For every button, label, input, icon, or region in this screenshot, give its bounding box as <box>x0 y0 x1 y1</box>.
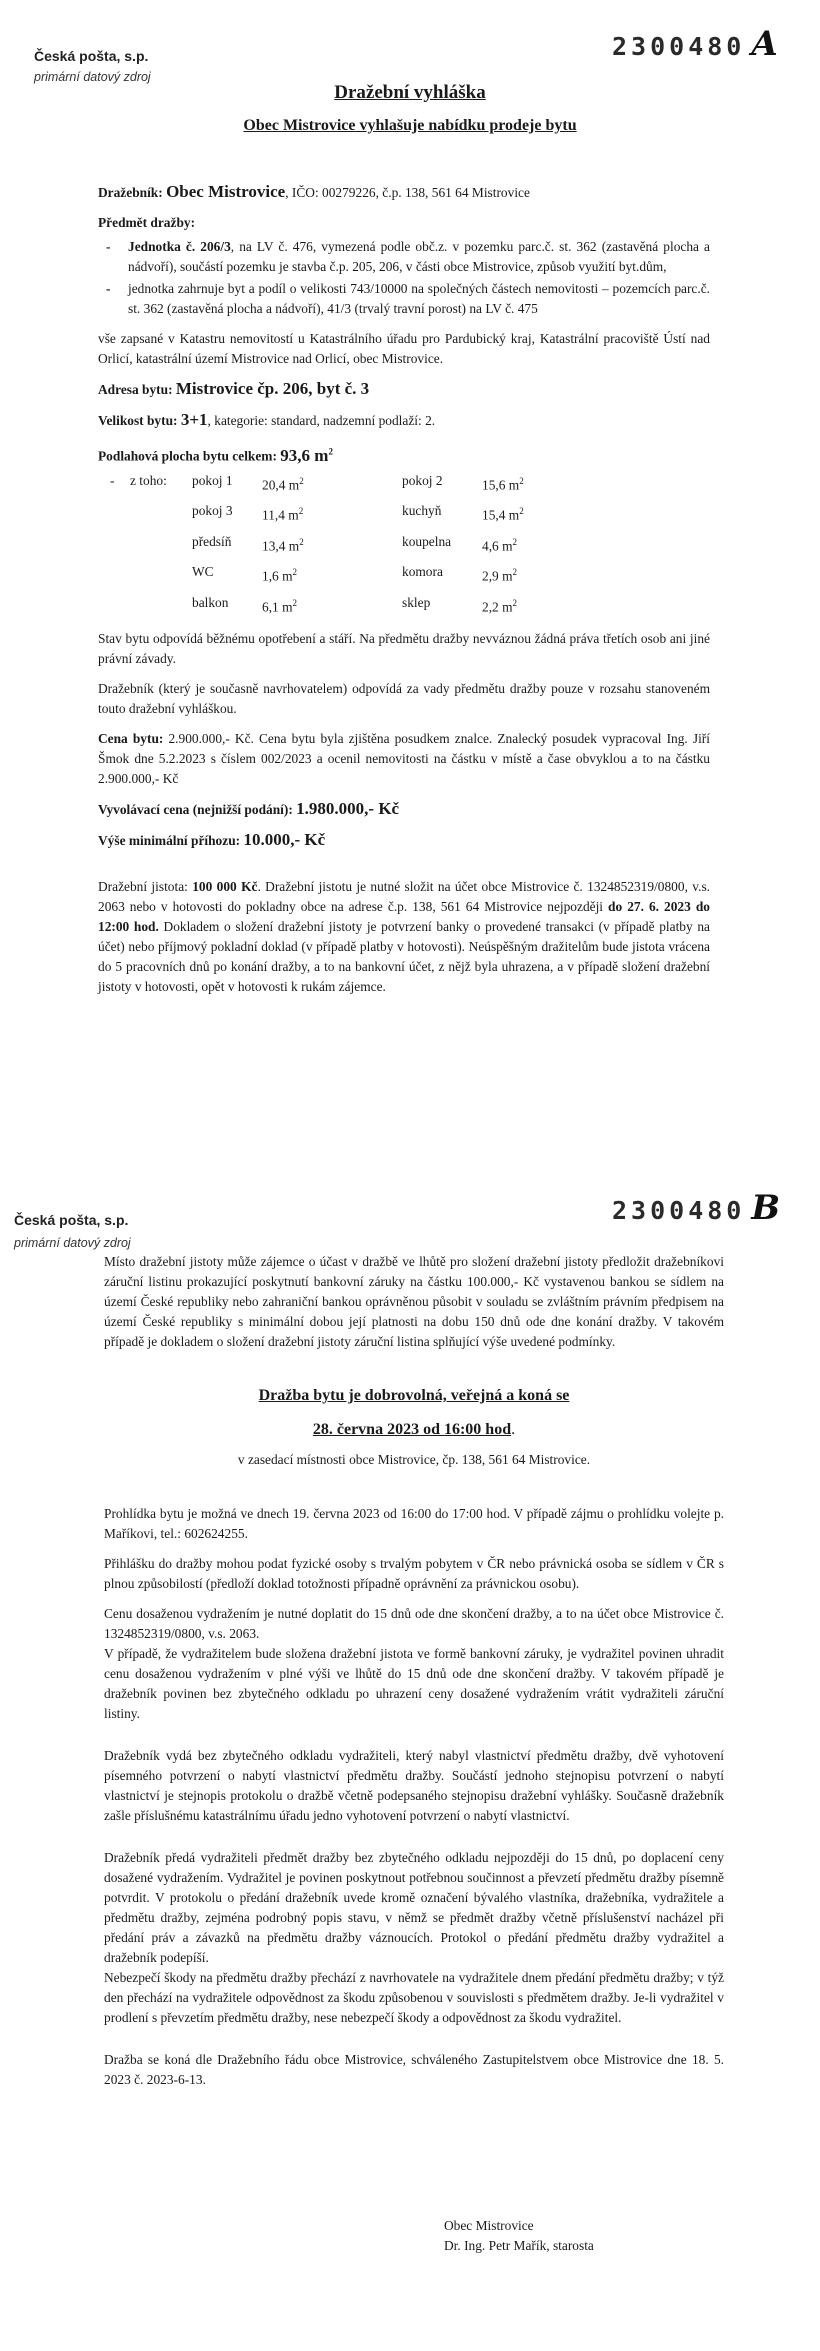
room-name: komora <box>402 562 482 586</box>
subject-label: Předmět dražby: <box>98 213 710 233</box>
room-name: pokoj 3 <box>192 501 262 525</box>
subject-list: Jednotka č. 206/3, na LV č. 476, vymezen… <box>98 237 710 319</box>
document-subtitle: Obec Mistrovice vyhlašuje nabídku prodej… <box>0 117 820 135</box>
liability-text: Dražebník (který je současně navrhovatel… <box>98 679 710 719</box>
deposit-text: Dražební jistota: 100 000 Kč. Dražební j… <box>98 877 710 997</box>
room-area: 4,6 m2 <box>482 532 562 556</box>
auction-date: 28. června 2023 od 16:00 hod <box>313 1421 511 1438</box>
room-name: sklep <box>402 593 482 617</box>
starting-price-label: Vyvolávací cena (nejnižší podání): <box>98 802 293 817</box>
min-bid-line: Výše minimální příhozu: 10.000,- Kč <box>98 830 710 851</box>
room-area: 13,4 m2 <box>262 532 402 556</box>
page-id: 2300480B <box>612 1188 780 1228</box>
price-body: 2.900.000,- Kč. Cena bytu byla zjištěna … <box>98 731 710 786</box>
floor-area-value: 93,6 m2 <box>280 446 333 465</box>
room-name: WC <box>192 562 262 586</box>
starting-price-line: Vyvolávací cena (nejnižší podání): 1.980… <box>98 799 710 820</box>
auctioneer-label: Dražebník: <box>98 185 163 200</box>
rooms-prefix <box>130 532 192 556</box>
price-label: Cena bytu: <box>98 731 163 746</box>
floor-area-line: Podlahová plocha bytu celkem: 93,6 m2 <box>98 441 710 467</box>
deposit-amount: 100 000 Kč <box>192 879 257 894</box>
room-area: 2,9 m2 <box>482 562 562 586</box>
subject-item-bold: Jednotka č. 206/3 <box>128 239 231 254</box>
postal-stamp-org: Česká pošta, s.p. <box>34 48 148 64</box>
auctioneer-line: Dražebník: Obec Mistrovice, IČO: 0027922… <box>98 182 710 203</box>
page-a: Česká pošta, s.p. primární datový zdroj … <box>0 0 820 1170</box>
ownership-text: Dražebník vydá bez zbytečného odkladu vy… <box>104 1746 724 1826</box>
deposit-body-2: Dokladem o složení dražební jistoty je p… <box>98 919 710 994</box>
signature-org: Obec Mistrovice <box>444 2216 594 2236</box>
rooms-prefix <box>130 501 192 525</box>
postal-stamp-org: Česká pošta, s.p. <box>14 1212 128 1228</box>
page-id-number: 2300480 <box>612 32 745 61</box>
min-bid-value: 10.000,- Kč <box>243 830 325 849</box>
viewing-text: Prohlídka bytu je možná ve dnech 19. čer… <box>104 1504 724 1544</box>
floor-area-label: Podlahová plocha bytu celkem: <box>98 449 277 464</box>
room-area: 6,1 m2 <box>262 593 402 617</box>
room-area: 2,2 m2 <box>482 593 562 617</box>
size-line: Velikost bytu: 3+1, kategorie: standard,… <box>98 410 710 431</box>
page-id-letter: B <box>751 1188 780 1228</box>
page-b-body: Místo dražební jistoty může zájemce o úč… <box>104 1252 724 2100</box>
auctioneer-details: , IČO: 00279226, č.p. 138, 561 64 Mistro… <box>285 185 530 200</box>
rooms-prefix: z toho: <box>130 471 192 495</box>
page-id: 2300480A <box>612 24 778 64</box>
rooms-table: -z toho:pokoj 120,4 m2pokoj 215,6 m2poko… <box>110 471 710 617</box>
auctioneer-name: Obec Mistrovice <box>166 182 285 201</box>
bullet-dash <box>110 562 130 586</box>
address-line: Adresa bytu: Mistrovice čp. 206, byt č. … <box>98 379 710 400</box>
postal-stamp-source: primární datový zdroj <box>14 1236 131 1250</box>
registry-text: vše zapsané v Katastru nemovitostí u Kat… <box>98 329 710 369</box>
subject-item: Jednotka č. 206/3, na LV č. 476, vymezen… <box>128 237 710 277</box>
bullet-dash: - <box>110 471 130 495</box>
subject-item-text: jednotka zahrnuje byt a podíl o velikost… <box>128 281 710 316</box>
address-label: Adresa bytu: <box>98 382 173 397</box>
room-area: 15,6 m2 <box>482 471 562 495</box>
payment-text-2: V případě, že vydražitelem bude složena … <box>104 1644 724 1724</box>
rooms-prefix <box>130 562 192 586</box>
eligibility-text: Přihlášku do dražby mohou podat fyzické … <box>104 1554 724 1594</box>
auction-heading-2-line: 28. června 2023 od 16:00 hod. <box>104 1420 724 1440</box>
room-area: 15,4 m2 <box>482 501 562 525</box>
size-value: 3+1 <box>181 410 208 429</box>
room-area: 1,6 m2 <box>262 562 402 586</box>
signature-block: Obec Mistrovice Dr. Ing. Petr Mařík, sta… <box>444 2216 594 2256</box>
room-name: pokoj 2 <box>402 471 482 495</box>
starting-price-value: 1.980.000,- Kč <box>296 799 399 818</box>
rules-text: Dražba se koná dle Dražebního řádu obce … <box>104 2050 724 2090</box>
room-area: 20,4 m2 <box>262 471 402 495</box>
room-name: balkon <box>192 593 262 617</box>
address-value: Mistrovice čp. 206, byt č. 3 <box>176 379 369 398</box>
room-name: předsíň <box>192 532 262 556</box>
room-name: koupelna <box>402 532 482 556</box>
bullet-dash <box>110 593 130 617</box>
room-name: kuchyň <box>402 501 482 525</box>
bullet-dash <box>110 532 130 556</box>
payment-text-1: Cenu dosaženou vydražením je nutné dopla… <box>104 1604 724 1644</box>
room-area: 11,4 m2 <box>262 501 402 525</box>
guarantee-text: Místo dražební jistoty může zájemce o úč… <box>104 1252 724 1352</box>
condition-text: Stav bytu odpovídá běžnému opotřebení a … <box>98 629 710 669</box>
rooms-prefix <box>130 593 192 617</box>
size-label: Velikost bytu: <box>98 413 178 428</box>
document-title: Dražební vyhláška <box>0 82 820 104</box>
handover-text: Dražebník předá vydražiteli předmět draž… <box>104 1848 724 1968</box>
page-a-body: Dražebník: Obec Mistrovice, IČO: 0027922… <box>98 182 710 1007</box>
size-details: , kategorie: standard, nadzemní podlaží:… <box>208 413 436 428</box>
price-text: Cena bytu: 2.900.000,- Kč. Cena bytu byl… <box>98 729 710 789</box>
deposit-label: Dražební jistota: <box>98 879 188 894</box>
auction-heading-1: Dražba bytu je dobrovolná, veřejná a kon… <box>104 1386 724 1406</box>
signature-person: Dr. Ing. Petr Mařík, starosta <box>444 2236 594 2256</box>
bullet-dash <box>110 501 130 525</box>
min-bid-label: Výše minimální příhozu: <box>98 833 240 848</box>
subject-item: jednotka zahrnuje byt a podíl o velikost… <box>128 279 710 319</box>
page-id-number: 2300480 <box>612 1196 745 1225</box>
auction-place: v zasedací místnosti obce Mistrovice, čp… <box>104 1450 724 1470</box>
page-b: Česká pošta, s.p. primární datový zdroj … <box>0 1170 820 2351</box>
risk-text: Nebezpečí škody na předmětu dražby přech… <box>104 1968 724 2028</box>
page-id-letter: A <box>751 24 777 64</box>
room-name: pokoj 1 <box>192 471 262 495</box>
